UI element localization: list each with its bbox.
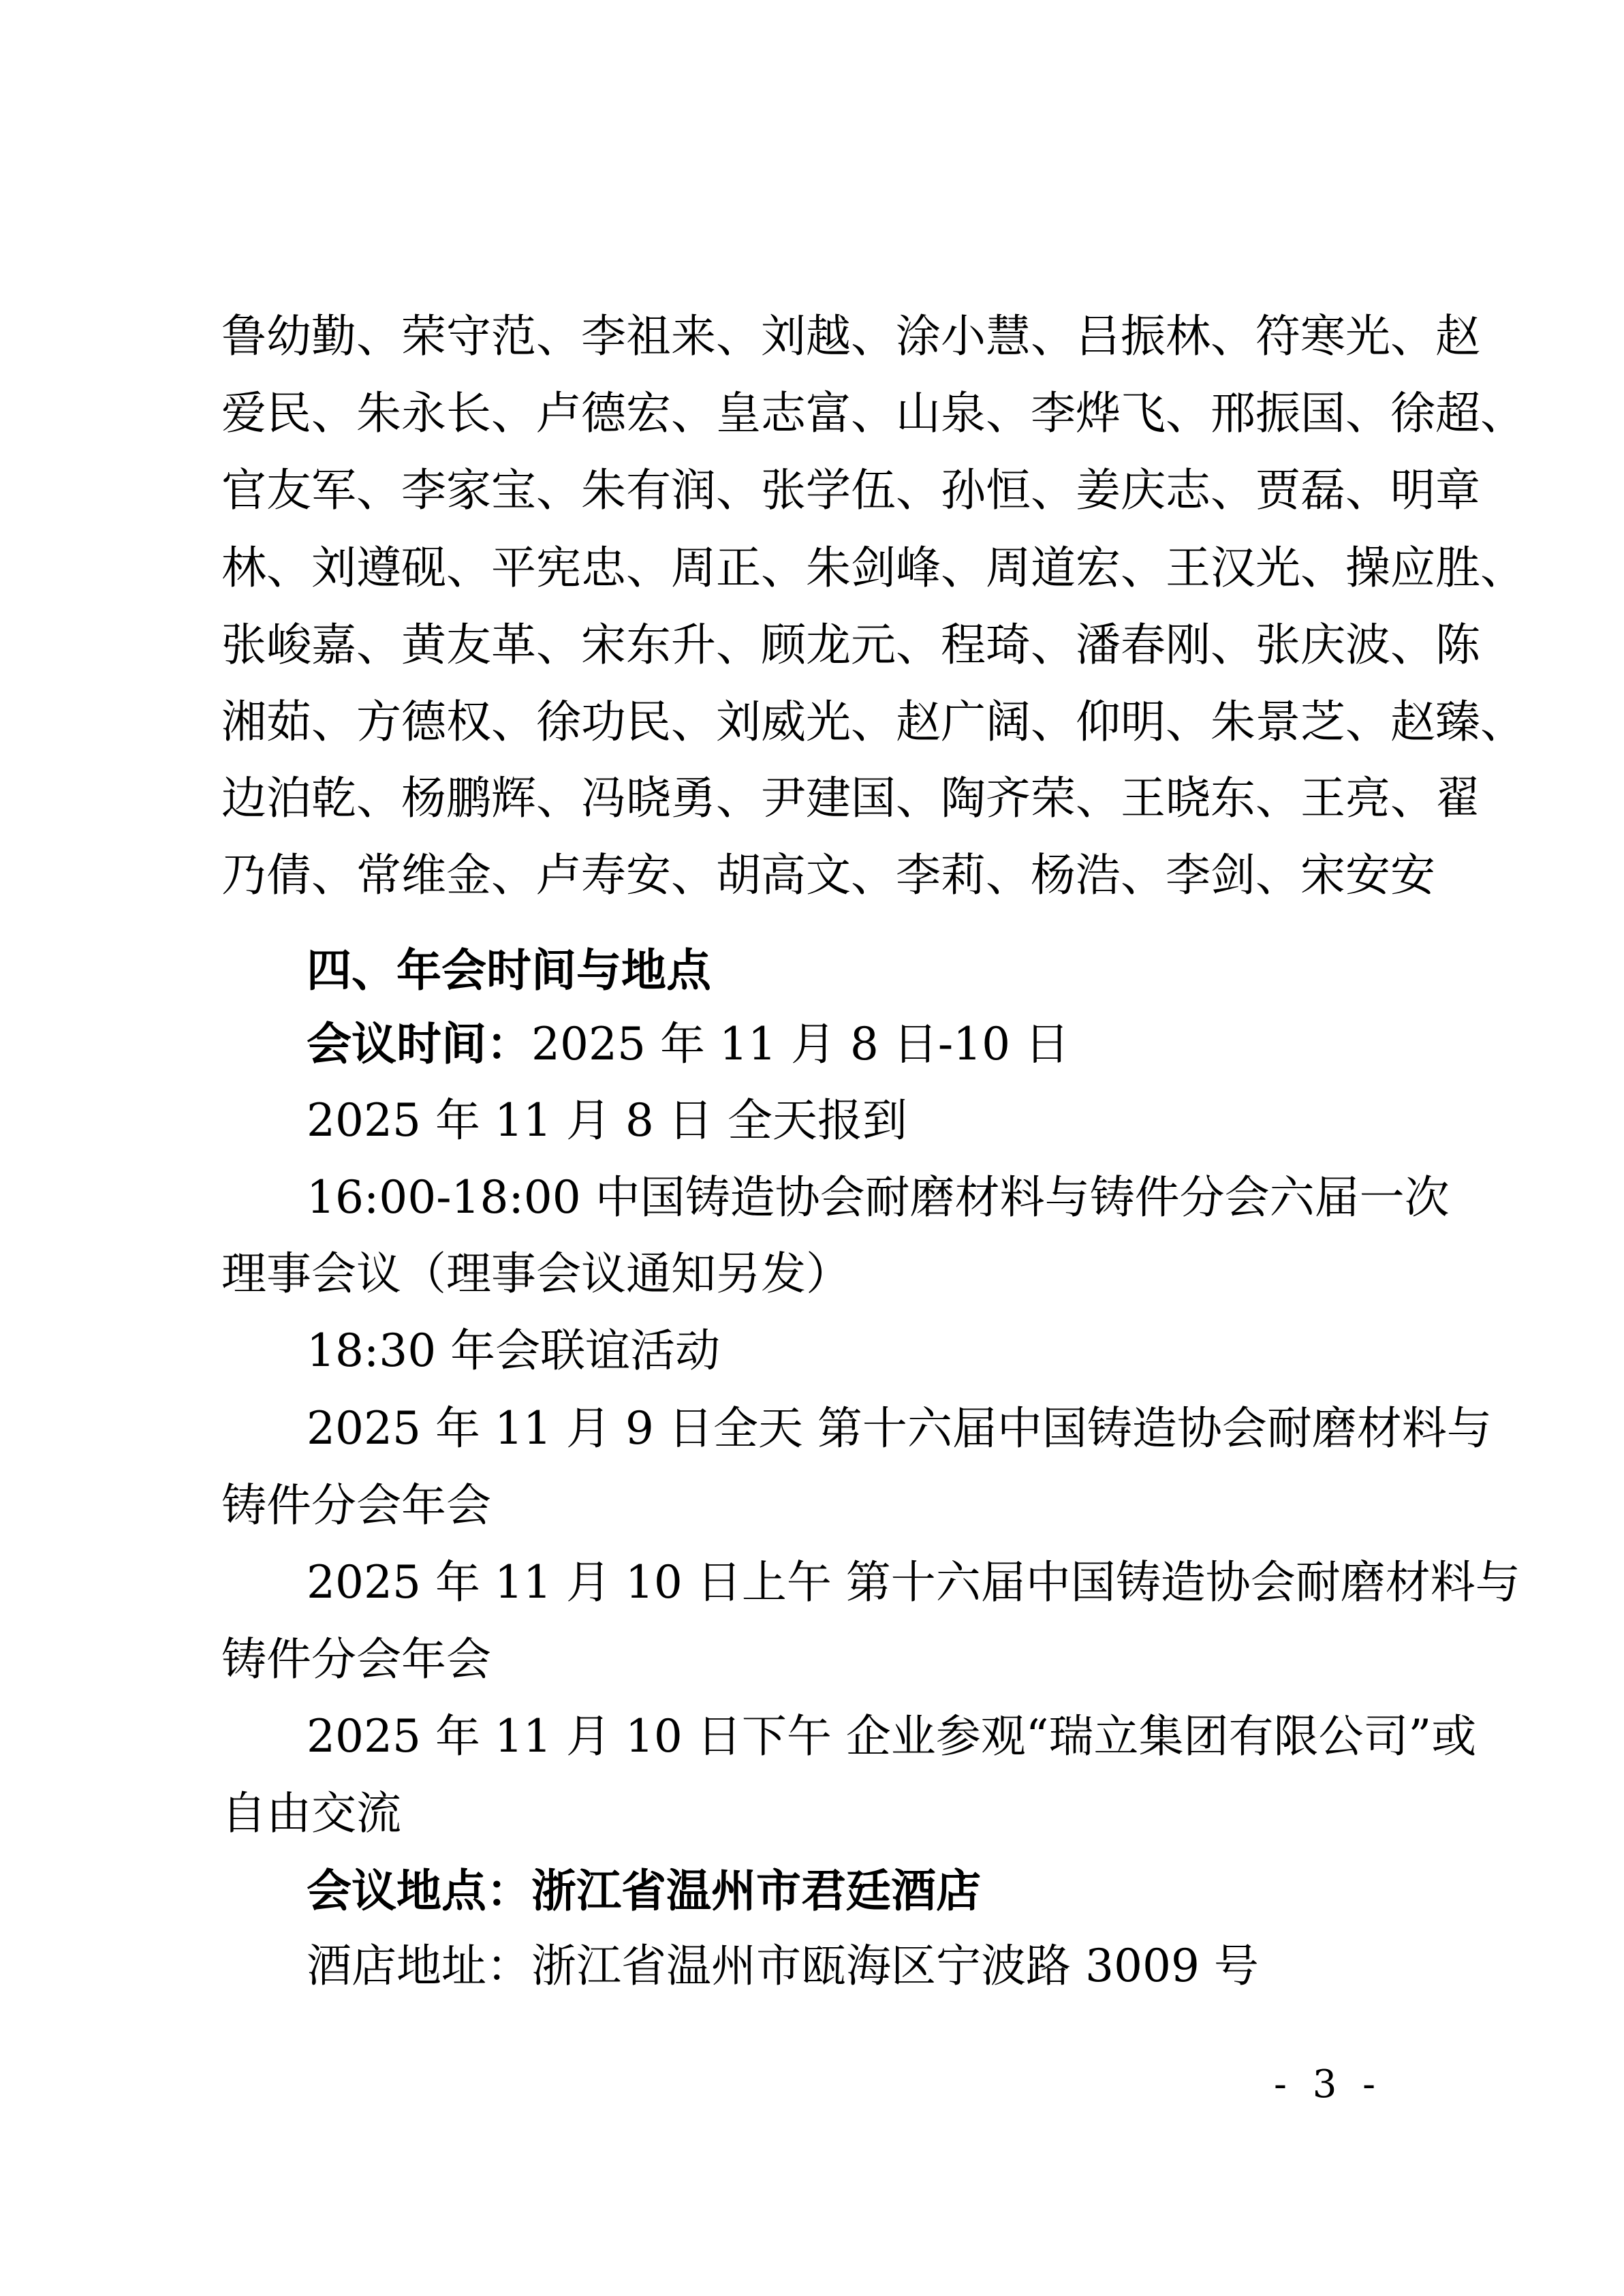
schedule-item: 16:00-18:00 中国铸造协会耐磨材料与铸件分会六届一次 xyxy=(307,1170,1432,1225)
address-label: 酒店地址： xyxy=(307,1940,531,1992)
schedule-item: 2025 年 11 月 9 日全天 第十六届中国铸造协会耐磨材料与 xyxy=(307,1401,1432,1456)
names-line: 湘茹、方德权、徐功民、刘威光、赵广阔、仰明、朱景芝、赵臻、 xyxy=(221,695,1432,749)
page-number: - 3 - xyxy=(1274,2064,1382,2105)
names-line: 张峻嘉、黄友革、宋东升、顾龙元、程琦、潘春刚、张庆波、陈 xyxy=(221,618,1432,672)
meeting-time-label: 会议时间： xyxy=(307,1017,531,1070)
names-line: 爱民、朱永长、卢德宏、皇志富、山泉、李烨飞、邢振国、徐超、 xyxy=(221,386,1432,441)
names-line: 鲁幼勤、荣守范、李祖来、刘越、涂小慧、吕振林、符寒光、赵 xyxy=(221,309,1432,364)
schedule-item-cont: 铸件分会年会 xyxy=(221,1478,1432,1533)
meeting-time: 会议时间：2025 年 11 月 8 日-10 日 xyxy=(307,1017,1432,1071)
section-heading: 四、年会时间与地点 xyxy=(307,943,1432,997)
schedule-item-cont: 理事会议（理事会议通知另发） xyxy=(221,1247,1432,1301)
names-line: 乃倩、常维金、卢寿安、胡高文、李莉、杨浩、李剑、宋安安 xyxy=(221,848,1432,903)
names-line: 林、刘遵砚、平宪忠、周正、朱剑峰、周道宏、王汉光、操应胜、 xyxy=(221,541,1432,595)
venue-label: 会议地点： xyxy=(307,1864,531,1917)
names-line: 官友军、李家宝、朱有润、张学伍、孙恒、姜庆志、贾磊、明章 xyxy=(221,463,1432,518)
address-value: 浙江省温州市瓯海区宁波路 3009 号 xyxy=(531,1940,1259,1992)
schedule-item: 2025 年 11 月 10 日下午 企业参观“瑞立集团有限公司”或 xyxy=(307,1709,1432,1764)
hotel-address: 酒店地址：浙江省温州市瓯海区宁波路 3009 号 xyxy=(307,1939,1432,1994)
venue: 会议地点：浙江省温州市君廷酒店 xyxy=(307,1863,1432,1918)
meeting-time-value: 2025 年 11 月 8 日-10 日 xyxy=(531,1018,1069,1070)
names-line: 边泊乾、杨鹏辉、冯晓勇、尹建国、陶齐荣、王晓东、王亮、翟 xyxy=(221,771,1432,826)
schedule-item-cont: 铸件分会年会 xyxy=(221,1632,1432,1687)
schedule-item-cont: 自由交流 xyxy=(221,1786,1432,1841)
schedule-item: 2025 年 11 月 10 日上午 第十六届中国铸造协会耐磨材料与 xyxy=(307,1555,1432,1610)
schedule-item: 2025 年 11 月 8 日 全天报到 xyxy=(307,1093,1432,1148)
venue-value: 浙江省温州市君廷酒店 xyxy=(531,1864,981,1917)
schedule-item: 18:30 年会联谊活动 xyxy=(307,1324,1432,1378)
